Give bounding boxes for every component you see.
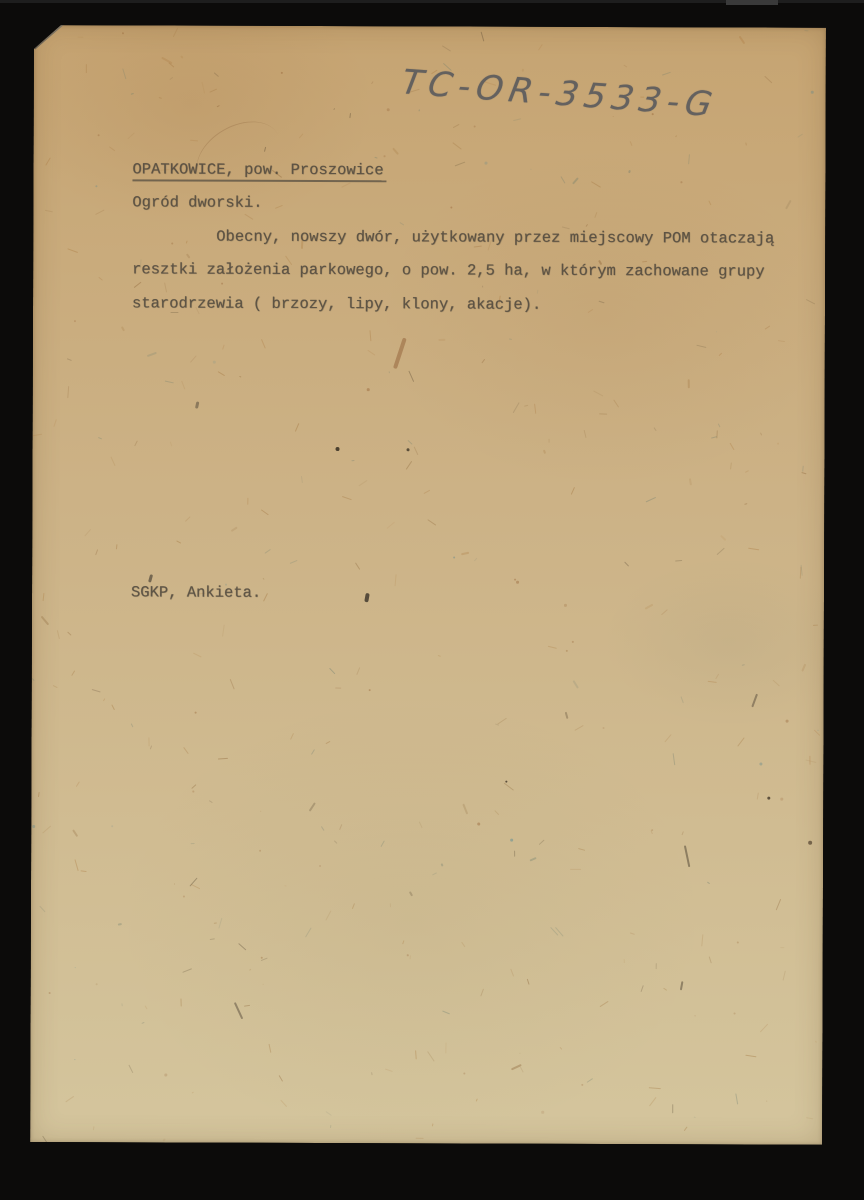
body-line: Obecny, nowszy dwór, użytkowany przez mi… [132, 220, 812, 256]
body-line: resztki założenia parkowego, o pow. 2,5 … [132, 254, 812, 290]
body-line: starodrzewia ( brzozy, lipy, klony, akac… [132, 287, 812, 323]
document-heading: OPATKOWICE, pow. Proszowice [132, 160, 386, 182]
scanner-edge-patch [726, 0, 778, 5]
clipped-corner-edge [34, 24, 63, 50]
document-heading-line: OPATKOWICE, pow. Proszowice [132, 153, 812, 189]
paper: TC-OR-3533-G OPATKOWICE, pow. Proszowice… [30, 25, 826, 1145]
source-citation: SGKP, Ankieta. [131, 576, 261, 610]
handwritten-reference-number: TC-OR-3533-G [398, 62, 721, 125]
document-subheading: Ogród dworski. [132, 187, 812, 223]
typewritten-text: OPATKOWICE, pow. Proszowice Ogród dworsk… [132, 153, 813, 322]
scanned-page-background: TC-OR-3533-G OPATKOWICE, pow. Proszowice… [0, 0, 864, 1200]
